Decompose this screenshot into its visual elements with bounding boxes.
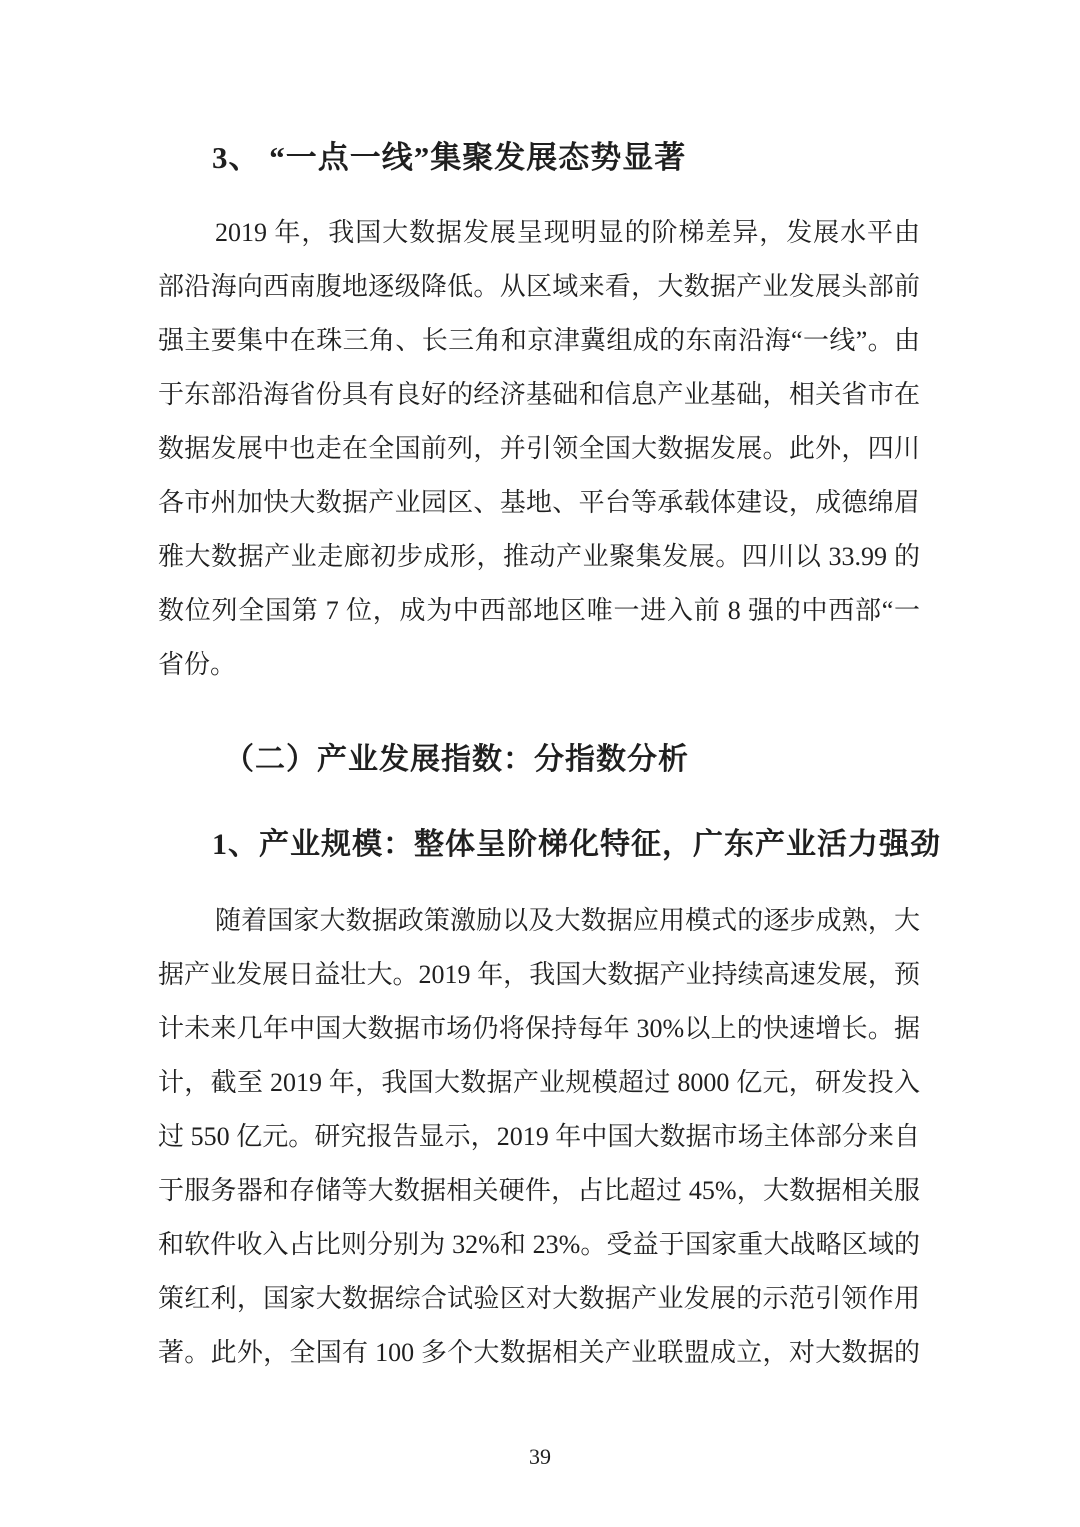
paragraph-regional-development: 2019 年，我国大数据发展呈现明显的阶梯差异，发展水平由东 部沿海向西南腹地逐… (158, 206, 920, 692)
text-line: 著。此外，全国有 100 多个大数据相关产业联盟成立，对大数据的发 (158, 1326, 920, 1380)
document-page: 3、 “一点一线”集聚发展态势显著 2019 年，我国大数据发展呈现明显的阶梯差… (0, 0, 1080, 1527)
text-line: 计未来几年中国大数据市场仍将保持每年 30%以上的快速增长。据统 (158, 1002, 920, 1056)
text-line: 2019 年，我国大数据发展呈现明显的阶梯差异，发展水平由东 (158, 206, 920, 260)
text-line: 策红利，国家大数据综合试验区对大数据产业发展的示范引领作用显 (158, 1272, 920, 1326)
text-line: 计，截至 2019 年，我国大数据产业规模超过 8000 亿元，研发投入超 (158, 1056, 920, 1110)
text-line: 数据发展中也走在全国前列，并引领全国大数据发展。此外，四川省 (158, 422, 920, 476)
text-line: 于东部沿海省份具有良好的经济基础和信息产业基础，相关省市在大 (158, 368, 920, 422)
paragraph-industry-scale: 随着国家大数据政策激励以及大数据应用模式的逐步成熟，大数 据产业发展日益壮大。2… (158, 894, 920, 1380)
heading-section-2-2-index-analysis: （二）产业发展指数：分指数分析 (158, 737, 986, 783)
heading-sub-1-industry-scale: 1、产业规模：整体呈阶梯化特征，广东产业活力强劲 (158, 822, 974, 868)
text-line: 雅大数据产业走廊初步成形，推动产业聚集发展。四川以 33.99 的指 (158, 530, 920, 584)
page-number: 39 (0, 1442, 1080, 1472)
heading-section-3-agglomeration: 3、 “一点一线”集聚发展态势显著 (158, 136, 974, 180)
text-line: 据产业发展日益壮大。2019 年，我国大数据产业持续高速发展，预 (158, 948, 920, 1002)
text-line: 和软件收入占比则分别为 32%和 23%。受益于国家重大战略区域的政 (158, 1218, 920, 1272)
text-line: 强主要集中在珠三角、长三角和京津冀组成的东南沿海“一线”。由 (158, 314, 920, 368)
text-line: 过 550 亿元。研究报告显示，2019 年中国大数据市场主体部分来自 (158, 1110, 920, 1164)
text-line: 部沿海向西南腹地逐级降低。从区域来看，大数据产业发展头部前 8 (158, 260, 920, 314)
text-line: 省份。 (158, 638, 920, 692)
text-line: 各市州加快大数据产业园区、基地、平台等承载体建设，成德绵眉泸 (158, 476, 920, 530)
text-line: 于服务器和存储等大数据相关硬件，占比超过 45%，大数据相关服务 (158, 1164, 920, 1218)
text-line: 数位列全国第 7 位，成为中西部地区唯一进入前 8 强的中西部“一点” (158, 584, 920, 638)
text-line: 随着国家大数据政策激励以及大数据应用模式的逐步成熟，大数 (158, 894, 920, 948)
